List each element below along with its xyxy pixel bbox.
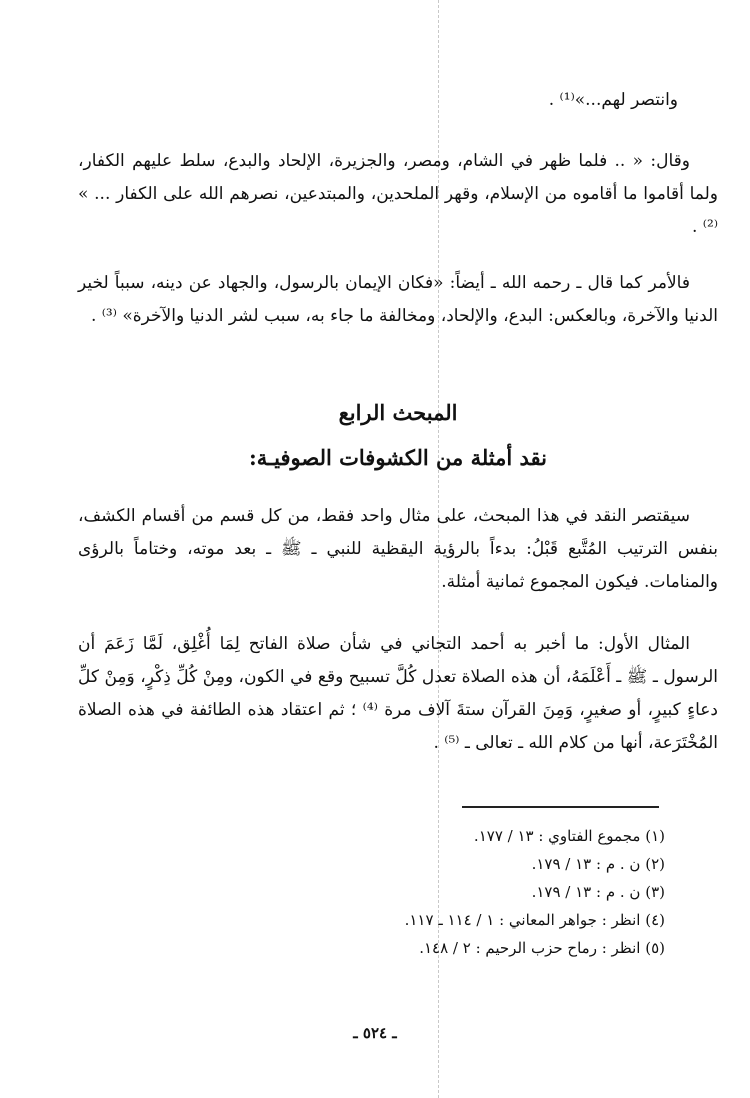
paragraph-4: المثال الأول: ما أخبر به أحمد التجاني في… (78, 628, 718, 760)
body-paragraph-quote-1: وقال: « .. فلما ظهر في الشام، ومصر، والج… (78, 145, 718, 244)
body-paragraph-quote-2: فالأمر كما قال ـ رحمه الله ـ أيضاً: «فكا… (78, 267, 718, 333)
paragraph-2: فالأمر كما قال ـ رحمه الله ـ أيضاً: «فكا… (78, 267, 718, 333)
footnote-2: (٢) ن . م : ١٣ / ١٧٩. (300, 850, 665, 878)
paragraph-3: سيقتصر النقد في هذا المبحث، على مثال واح… (78, 500, 718, 599)
paragraph-1: وقال: « .. فلما ظهر في الشام، ومصر، والج… (78, 145, 718, 244)
footnote-3: (٣) ن . م : ١٣ / ١٧٩. (300, 878, 665, 906)
footnote-separator (462, 806, 659, 808)
footnote-4: (٤) انظر : جواهر المعاني : ١ / ١١٤ ـ ١١٧… (300, 906, 665, 934)
footnote-5: (٥) انظر : رماح حزب الرحيم : ٢ / ١٤٨. (300, 934, 665, 962)
body-paragraph-continuation: وانتصر لهم...»⁽¹⁾ . (78, 84, 718, 117)
page-number: ـ ٥٢٤ ـ (300, 1024, 450, 1042)
section-heading: المبحث الرابع (78, 400, 718, 425)
body-paragraph-intro: سيقتصر النقد في هذا المبحث، على مثال واح… (78, 500, 718, 599)
footnote-1: (١) مجموع الفتاوي : ١٣ / ١٧٧. (300, 822, 665, 850)
paragraph-0: وانتصر لهم...»⁽¹⁾ . (78, 84, 718, 117)
section-title: نقد أمثلة من الكشوفات الصوفيـة: (78, 445, 718, 470)
body-paragraph-example-1: المثال الأول: ما أخبر به أحمد التجاني في… (78, 628, 718, 760)
document-page: وانتصر لهم...»⁽¹⁾ . وقال: « .. فلما ظهر … (0, 0, 750, 1098)
footnotes: (١) مجموع الفتاوي : ١٣ / ١٧٧. (٢) ن . م … (300, 822, 665, 962)
